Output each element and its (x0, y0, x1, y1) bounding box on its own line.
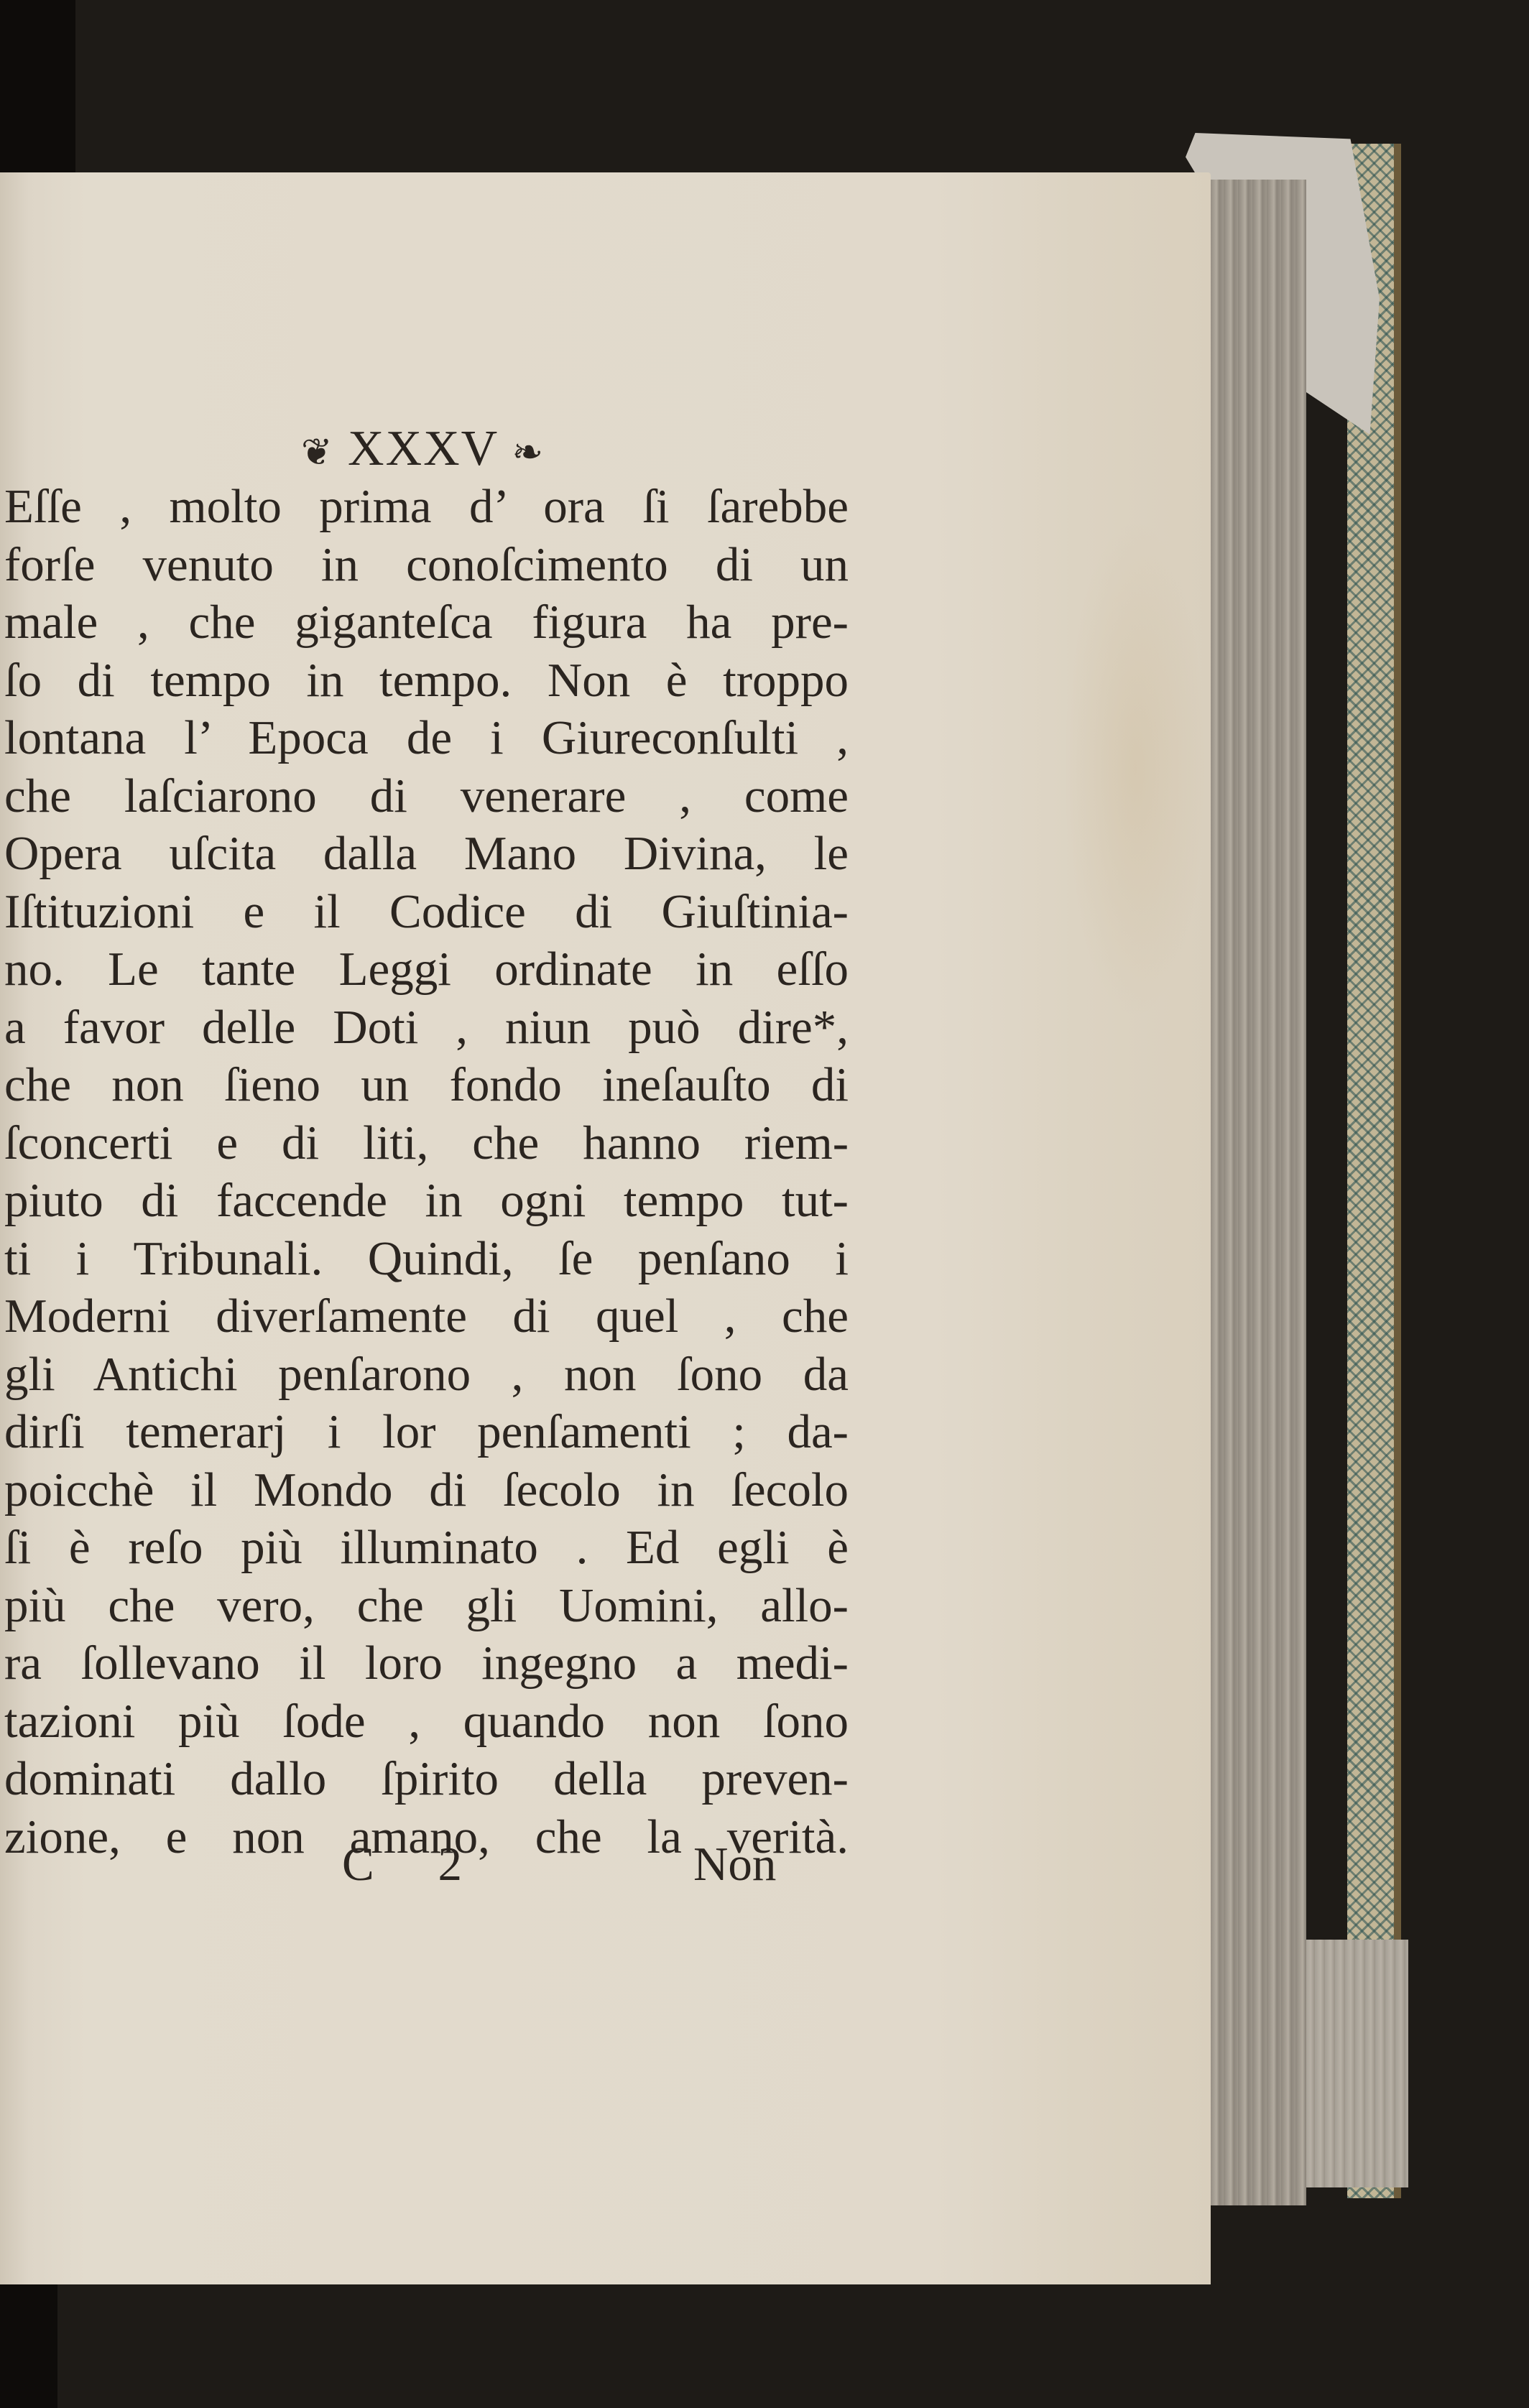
text-line: ſi è reſo più illuminato . Ed egli è (4, 1519, 849, 1577)
text-line: tazioni più ſode , quando non ſono (4, 1692, 849, 1751)
text-line: forſe venuto in conoſcimento di un (4, 536, 849, 594)
text-line: dirſi temerarj i lor penſamenti ; da- (4, 1403, 849, 1461)
text-line: lontana l’ Epoca de i Giureconſulti , (4, 709, 849, 767)
text-line: piuto di faccende in ogni tempo tut- (4, 1172, 849, 1230)
text-line: ti i Tribunali. Quindi, ſe penſano i (4, 1230, 849, 1288)
catchword: Non (693, 1835, 776, 1893)
text-line: dominati dallo ſpirito della preven- (4, 1750, 849, 1808)
text-line: poicchè il Mondo di ſecolo in ſecolo (4, 1461, 849, 1519)
dark-background-left (0, 0, 75, 180)
text-line: a favor delle Doti , niun può dire*, (4, 999, 849, 1057)
text-line: no. Le tante Leggi ordinate in eſſo (4, 940, 849, 999)
page-text-block: ❦ XXXV ❧ Eſſe , molto prima d’ ora ſi ſa… (4, 420, 849, 1866)
text-line: gli Antichi penſarono , non ſono da (4, 1346, 849, 1404)
water-stain (1063, 517, 1207, 1020)
marbled-cover-board (1347, 144, 1401, 2198)
text-line: che non ſieno un fondo ineſauſto di (4, 1056, 849, 1114)
text-line: ra ſollevano il loro ingegno a medi- (4, 1634, 849, 1692)
fore-edge-pages (1209, 180, 1306, 2205)
text-line: male , che giganteſca figura ha pre- (4, 593, 849, 652)
text-line: Moderni diverſamente di quel , che (4, 1287, 849, 1346)
running-head: ❦ XXXV ❧ (0, 420, 849, 478)
page-number-roman: XXXV (348, 421, 498, 476)
cover-edge (1394, 144, 1401, 2198)
text-line: ſconcerti e di liti, che hanno riem- (4, 1114, 849, 1172)
text-line: Opera uſcita dalla Mano Divina, le (4, 825, 849, 883)
fleuron-right-icon: ❧ (512, 432, 545, 473)
text-line: Iſtituzioni e il Codice di Giuſtinia- (4, 883, 849, 941)
text-line: che laſciarono di venerare , come (4, 767, 849, 825)
fleuron-left-icon: ❦ (301, 432, 334, 473)
text-line: Eſſe , molto prima d’ ora ſi ſarebbe (4, 478, 849, 536)
text-line: ſo di tempo in tempo. Non è troppo (4, 652, 849, 710)
signature-mark: C 2 (342, 1835, 488, 1893)
dark-background-left-bottom (0, 2281, 57, 2408)
text-line: più che vero, che gli Uomini, allo- (4, 1577, 849, 1635)
